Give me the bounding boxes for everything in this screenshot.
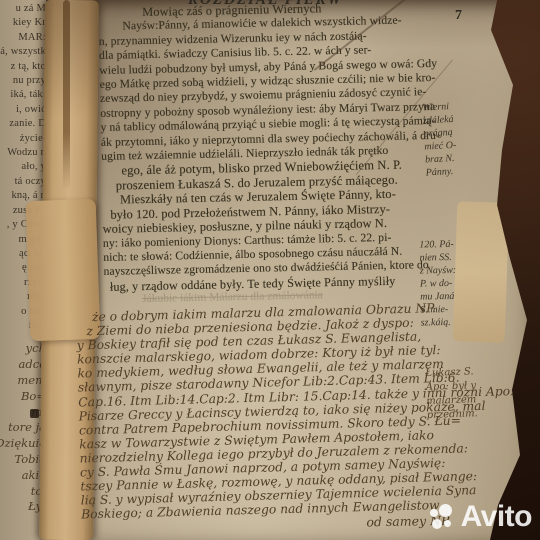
ink-blot [30, 409, 39, 418]
text-line: u zá M [16, 2, 46, 16]
text-line: tá oczy [15, 175, 46, 189]
handwritten-text-block: że o dobrym iakim malarzu dla zmalowania… [76, 300, 479, 522]
avito-logo-icon [430, 504, 456, 530]
text-line: iká, ták: [10, 88, 46, 102]
avito-watermark-text: Avito [461, 502, 532, 532]
avito-watermark: Avito [430, 502, 532, 532]
text-line: MAR: [18, 31, 46, 45]
margin-note-line: P. w do- [420, 276, 478, 290]
text-line: nu przy [13, 74, 46, 88]
text-line: życieł [20, 132, 46, 146]
margin-note-line: nien SS. [419, 250, 477, 264]
text-line: i, owić [16, 103, 46, 117]
margin-note-handwritten: Łukasz S.Apo: był ymalarzemprzednim. [425, 365, 485, 423]
text-line: Dziękuię [0, 436, 46, 452]
margin-note-printed: 120. Pá-nien SS.z Nayśw:P. w do-mu JanáS… [419, 238, 479, 330]
text-line: kiey Kr [13, 16, 46, 30]
margin-note-line: sz.káią. [421, 315, 479, 329]
margin-note-line: Pánny. [425, 163, 484, 179]
margin-note-line: S. mie- [420, 302, 478, 316]
text-line: zanie. D [9, 117, 46, 131]
margin-note-line: mu Janá [420, 289, 478, 303]
printed-text-block: Mowiąc záś o prágnieniu WiernychNayśw:Pá… [96, 0, 474, 294]
text-line: á, wszystk [0, 45, 46, 59]
margin-note-line: z Nayśw: [420, 263, 478, 277]
book-photo: u zá Mkiey KrMAR:á, wszystkz tą, ktonu p… [0, 0, 540, 540]
text-line: z tą, kto [11, 60, 46, 74]
margin-note-line: 120. Pá- [419, 238, 477, 252]
book-page: u zá Mkiey KrMAR:á, wszystkz tą, ktonu p… [0, 0, 540, 540]
margin-note-printed: Wiernizdálekáprágnąmieć O-braz N.Pánny. [422, 99, 484, 180]
text-line: Wodzu n [7, 146, 46, 160]
binding-tape-seam [63, 0, 70, 190]
margin-note-line: przednim. [427, 407, 485, 423]
